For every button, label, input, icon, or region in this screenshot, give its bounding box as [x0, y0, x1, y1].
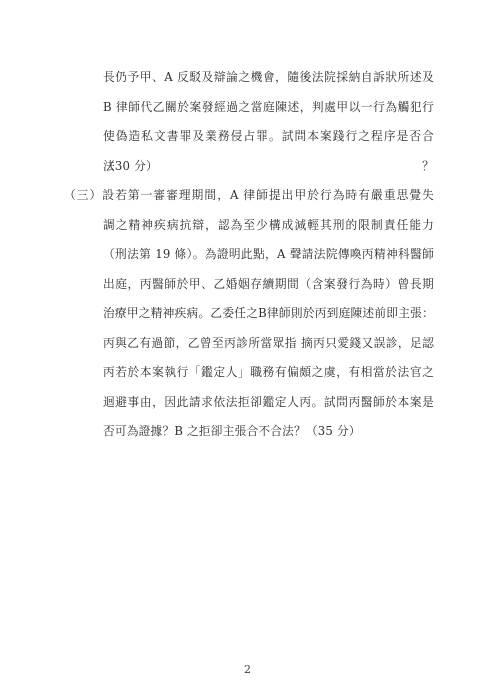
page-number: 2 — [0, 661, 495, 679]
text-line: 迴避事由，因此請求依法拒卻鑑定人丙。試問丙醫師於本案是 — [64, 388, 434, 418]
document-page: 長仍予甲、A 反駁及辯論之機會，隨後法院採納自訴狀所述及 B 律師代乙關於案發經… — [0, 0, 495, 700]
text-line: 丙與乙有過節，乙曾至丙診所當眾指 摘丙只愛錢又誤診，足認 — [64, 329, 434, 359]
text-line: 出庭，丙醫師於甲、乙婚姻存續期間（含案發行為時）曾長期 — [64, 270, 434, 300]
exam-question-text: 長仍予甲、A 反駁及辯論之機會，隨後法院採納自訴狀所述及 B 律師代乙關於案發經… — [64, 63, 434, 447]
text-line-score-35: 否可為證據？B 之拒卻主張合不合法？（35 分） — [64, 417, 434, 447]
text-line: 長仍予甲、A 反駁及辯論之機會，隨後法院採納自訴狀所述及 — [64, 63, 434, 93]
text-line: 使偽造私文書罪及業務侵占罪。試問本案踐行之程序是否合法？ — [64, 122, 434, 152]
text-line: B 律師代乙關於案發經過之當庭陳述，判處甲以一行為觸犯行 — [64, 93, 434, 123]
text-line: 丙若於本案執行「鑑定人」職務有偏頗之虞，有相當於法官之 — [64, 358, 434, 388]
text-line: 治療甲之精神疾病。乙委任之B律師則於丙到庭陳述前即主張： — [64, 299, 434, 329]
text-line: 調之精神疾病抗辯，認為至少構成減輕其刑的限制責任能力 — [64, 211, 434, 241]
text-line-item-3-start: （三）設若第一審審理期間，A 律師提出甲於行為時有嚴重思覺失 — [64, 181, 434, 211]
text-line: （刑法第 19 條）。為證明此點，A 聲請法院傳喚丙精神科醫師 — [64, 240, 434, 270]
